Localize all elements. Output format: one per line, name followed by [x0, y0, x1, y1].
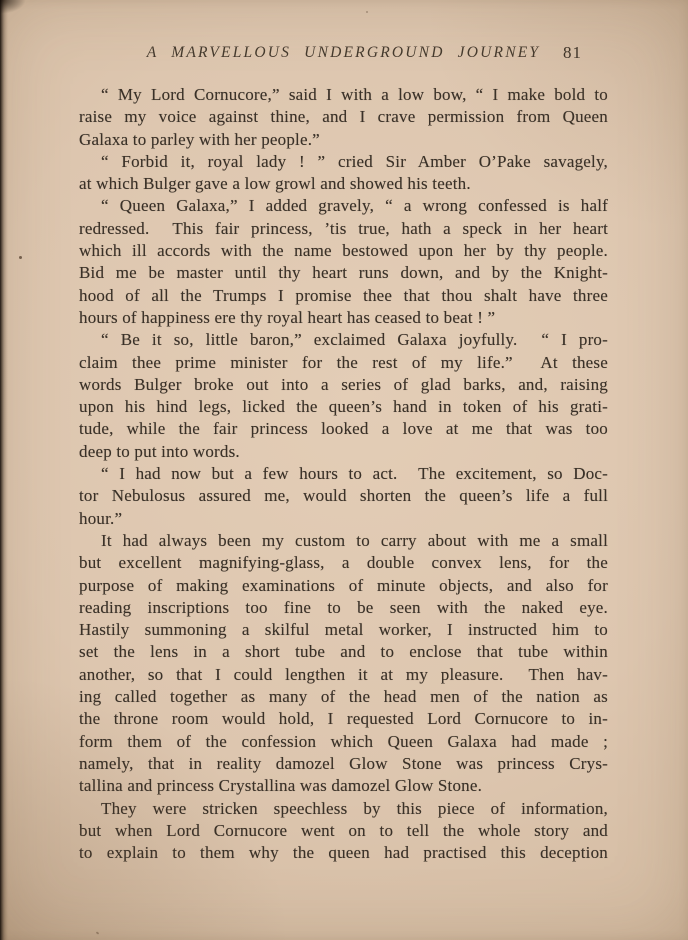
- paragraph: “ I had now but a few hours to act. The …: [79, 463, 608, 530]
- text-line: tallina and princess Crystallina was dam…: [79, 775, 608, 797]
- paragraph: “ Queen Galaxa,” I added gravely, “ a wr…: [79, 195, 608, 329]
- text-line: claim thee prime minister for the rest o…: [79, 352, 608, 374]
- text-line: It had always been my custom to carry ab…: [79, 530, 608, 552]
- text-line: deep to put into words.: [79, 441, 608, 463]
- text-line: but excellent magnifying-glass, a double…: [79, 552, 608, 574]
- text-line: raise my voice against thine, and I crav…: [79, 106, 608, 128]
- text-line: hour.”: [79, 508, 608, 530]
- text-line: They were stricken speechless by this pi…: [79, 798, 608, 820]
- text-line: hours of happiness ere thy royal heart h…: [79, 307, 608, 329]
- text-line: reading inscriptions too fine to be seen…: [79, 597, 608, 619]
- text-line: Galaxa to parley with her people.”: [79, 129, 608, 151]
- page-left-edge: [0, 0, 8, 940]
- text-line: hood of all the Trumps I promise thee th…: [79, 285, 608, 307]
- text-line: another, so that I could lengthen it at …: [79, 664, 608, 686]
- text-line: form them of the confession which Queen …: [79, 731, 608, 753]
- text-line: upon his hind legs, licked the queen’s h…: [79, 396, 608, 418]
- page-header: A MARVELLOUS UNDERGROUND JOURNEY 81: [79, 44, 608, 66]
- text-line: “ My Lord Cornucore,” said I with a low …: [79, 84, 608, 106]
- text-line: at which Bulger gave a low growl and sho…: [79, 173, 608, 195]
- text-line: “ Queen Galaxa,” I added gravely, “ a wr…: [79, 195, 608, 217]
- page-number: 81: [563, 43, 582, 63]
- text-line: tude, while the fair princess looked a l…: [79, 418, 608, 440]
- paragraph: “ Forbid it, royal lady ! ” cried Sir Am…: [79, 151, 608, 196]
- text-line: Hastily summoning a skilful metal worker…: [79, 619, 608, 641]
- text-line: the throne room would hold, I requested …: [79, 708, 608, 730]
- running-head: A MARVELLOUS UNDERGROUND JOURNEY: [147, 44, 541, 61]
- book-page: A MARVELLOUS UNDERGROUND JOURNEY 81 “ My…: [0, 0, 688, 940]
- scan-speck: [366, 11, 368, 13]
- text-line: “ Be it so, little baron,” exclaimed Gal…: [79, 329, 608, 351]
- text-line: which ill accords with the name bestowed…: [79, 240, 608, 262]
- text-line: purpose of making examinations of minute…: [79, 575, 608, 597]
- text-line: namely, that in reality damozel Glow Sto…: [79, 753, 608, 775]
- scan-speck: [19, 256, 22, 259]
- paragraph: They were stricken speechless by this pi…: [79, 798, 608, 865]
- page-text: “ My Lord Cornucore,” said I with a low …: [79, 84, 608, 864]
- paragraph: “ My Lord Cornucore,” said I with a low …: [79, 84, 608, 151]
- text-line: Bid me be master until thy heart runs do…: [79, 262, 608, 284]
- text-line: “ Forbid it, royal lady ! ” cried Sir Am…: [79, 151, 608, 173]
- text-line: tor Nebulosus assured me, would shorten …: [79, 485, 608, 507]
- text-line: “ I had now but a few hours to act. The …: [79, 463, 608, 485]
- text-line: redressed. This fair princess, ’tis true…: [79, 218, 608, 240]
- text-line: but when Lord Cornucore went on to tell …: [79, 820, 608, 842]
- text-line: words Bulger broke out into a series of …: [79, 374, 608, 396]
- text-line: set the lens in a short tube and to encl…: [79, 641, 608, 663]
- text-line: to explain to them why the queen had pra…: [79, 842, 608, 864]
- scan-speck: [96, 931, 100, 934]
- text-line: ing called together as many of the head …: [79, 686, 608, 708]
- paragraph: It had always been my custom to carry ab…: [79, 530, 608, 798]
- paragraph: “ Be it so, little baron,” exclaimed Gal…: [79, 329, 608, 463]
